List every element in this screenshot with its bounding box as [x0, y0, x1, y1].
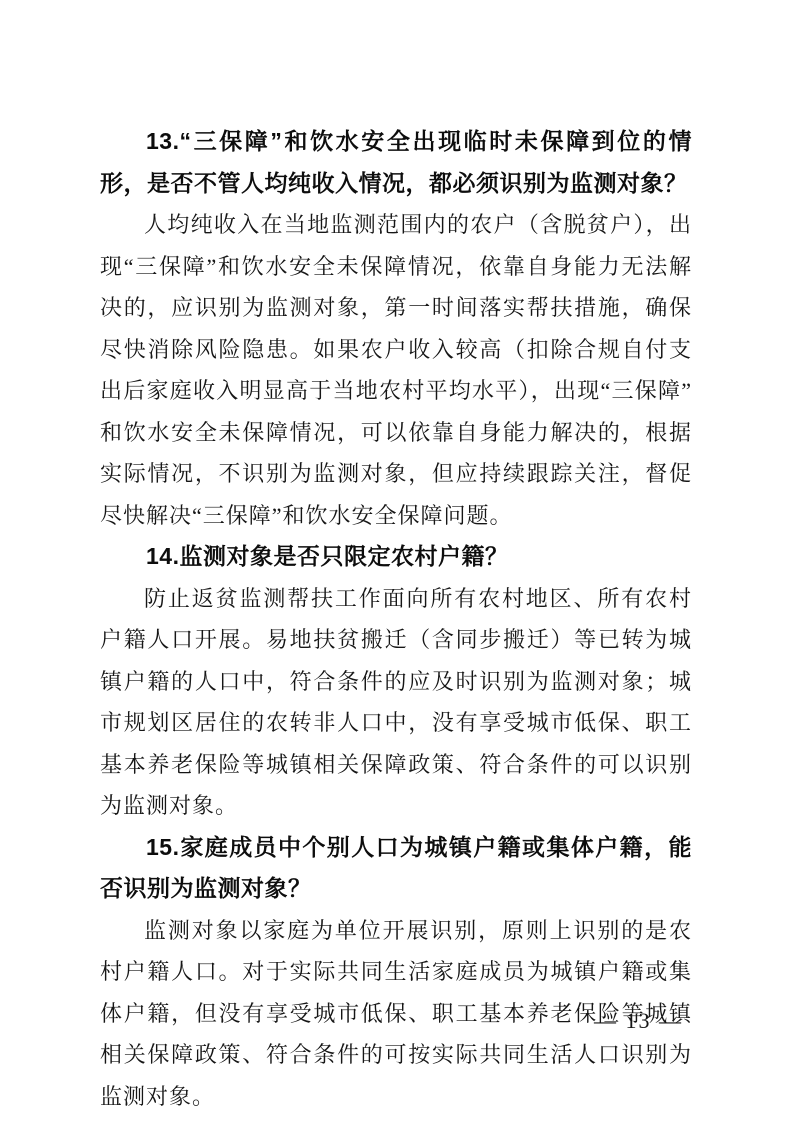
question-13-heading: 13.“三保障”和饮水安全出现临时未保障到位的情形，是否不管人均纯收入情况，都必… — [100, 121, 692, 204]
qa-item-13: 13.“三保障”和饮水安全出现临时未保障到位的情形，是否不管人均纯收入情况，都必… — [100, 121, 692, 536]
qa-item-15: 15.家庭成员中个别人口为城镇户籍或集体户籍，能否识别为监测对象？ 监测对象以家… — [100, 827, 692, 1118]
answer-14-paragraph: 防止返贫监测帮扶工作面向所有农村地区、所有农村户籍人口开展。易地扶贫搬迁（含同步… — [100, 578, 692, 827]
page-number: — 13 — — [594, 1008, 683, 1033]
answer-13-paragraph: 人均纯收入在当地监测范围内的农户（含脱贫户），出现“三保障”和饮水安全未保障情况… — [100, 204, 692, 536]
question-14-heading: 14.监测对象是否只限定农村户籍？ — [100, 536, 692, 578]
document-page: 13.“三保障”和饮水安全出现临时未保障到位的情形，是否不管人均纯收入情况，都必… — [0, 0, 793, 1122]
qa-item-14: 14.监测对象是否只限定农村户籍？ 防止返贫监测帮扶工作面向所有农村地区、所有农… — [100, 536, 692, 827]
page-footer: — 13 — — [594, 1006, 683, 1036]
question-15-heading: 15.家庭成员中个别人口为城镇户籍或集体户籍，能否识别为监测对象？ — [100, 827, 692, 910]
qa-content: 13.“三保障”和饮水安全出现临时未保障到位的情形，是否不管人均纯收入情况，都必… — [100, 121, 692, 1117]
